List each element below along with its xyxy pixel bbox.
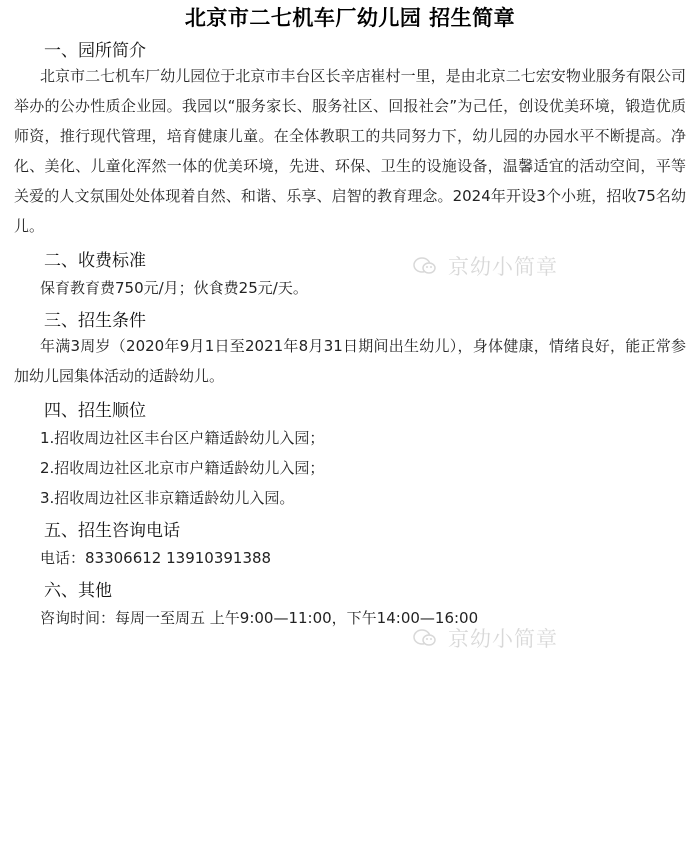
section-heading-other: 六、其他 xyxy=(44,576,112,601)
page-title: 北京市二七机车厂幼儿园 招生简章 xyxy=(0,2,700,32)
watermark: 京幼小简章 xyxy=(412,251,558,281)
watermark-text: 京幼小简章 xyxy=(448,627,558,651)
section-heading-conditions: 三、招生条件 xyxy=(44,306,146,331)
section-body-fees: 保育教育费750元/月；伙食费25元/天。 xyxy=(40,277,308,298)
wechat-icon xyxy=(412,256,438,276)
wechat-icon xyxy=(412,628,438,648)
phone-numbers: 电话：83306612 13910391388 xyxy=(40,547,271,568)
section-heading-intro: 一、园所简介 xyxy=(44,36,146,61)
priority-item: 2.招收周边社区北京市户籍适龄幼儿入园； xyxy=(40,457,324,478)
priority-item: 1.招收周边社区丰台区户籍适龄幼儿入园； xyxy=(40,427,324,448)
section-body-intro: 北京市二七机车厂幼儿园位于北京市丰台区长辛店崔村一里，是由北京二七宏安物业服务有… xyxy=(14,61,686,241)
section-heading-priority: 四、招生顺位 xyxy=(44,396,146,421)
watermark: 京幼小简章 xyxy=(412,623,558,653)
priority-item: 3.招收周边社区非京籍适龄幼儿入园。 xyxy=(40,487,294,508)
watermark-text: 京幼小简章 xyxy=(448,255,558,279)
section-heading-phone: 五、招生咨询电话 xyxy=(44,516,180,541)
section-body-conditions: 年满3周岁（2020年9月1日至2021年8月31日期间出生幼儿），身体健康，情… xyxy=(14,331,686,391)
section-heading-fees: 二、收费标准 xyxy=(44,246,146,271)
